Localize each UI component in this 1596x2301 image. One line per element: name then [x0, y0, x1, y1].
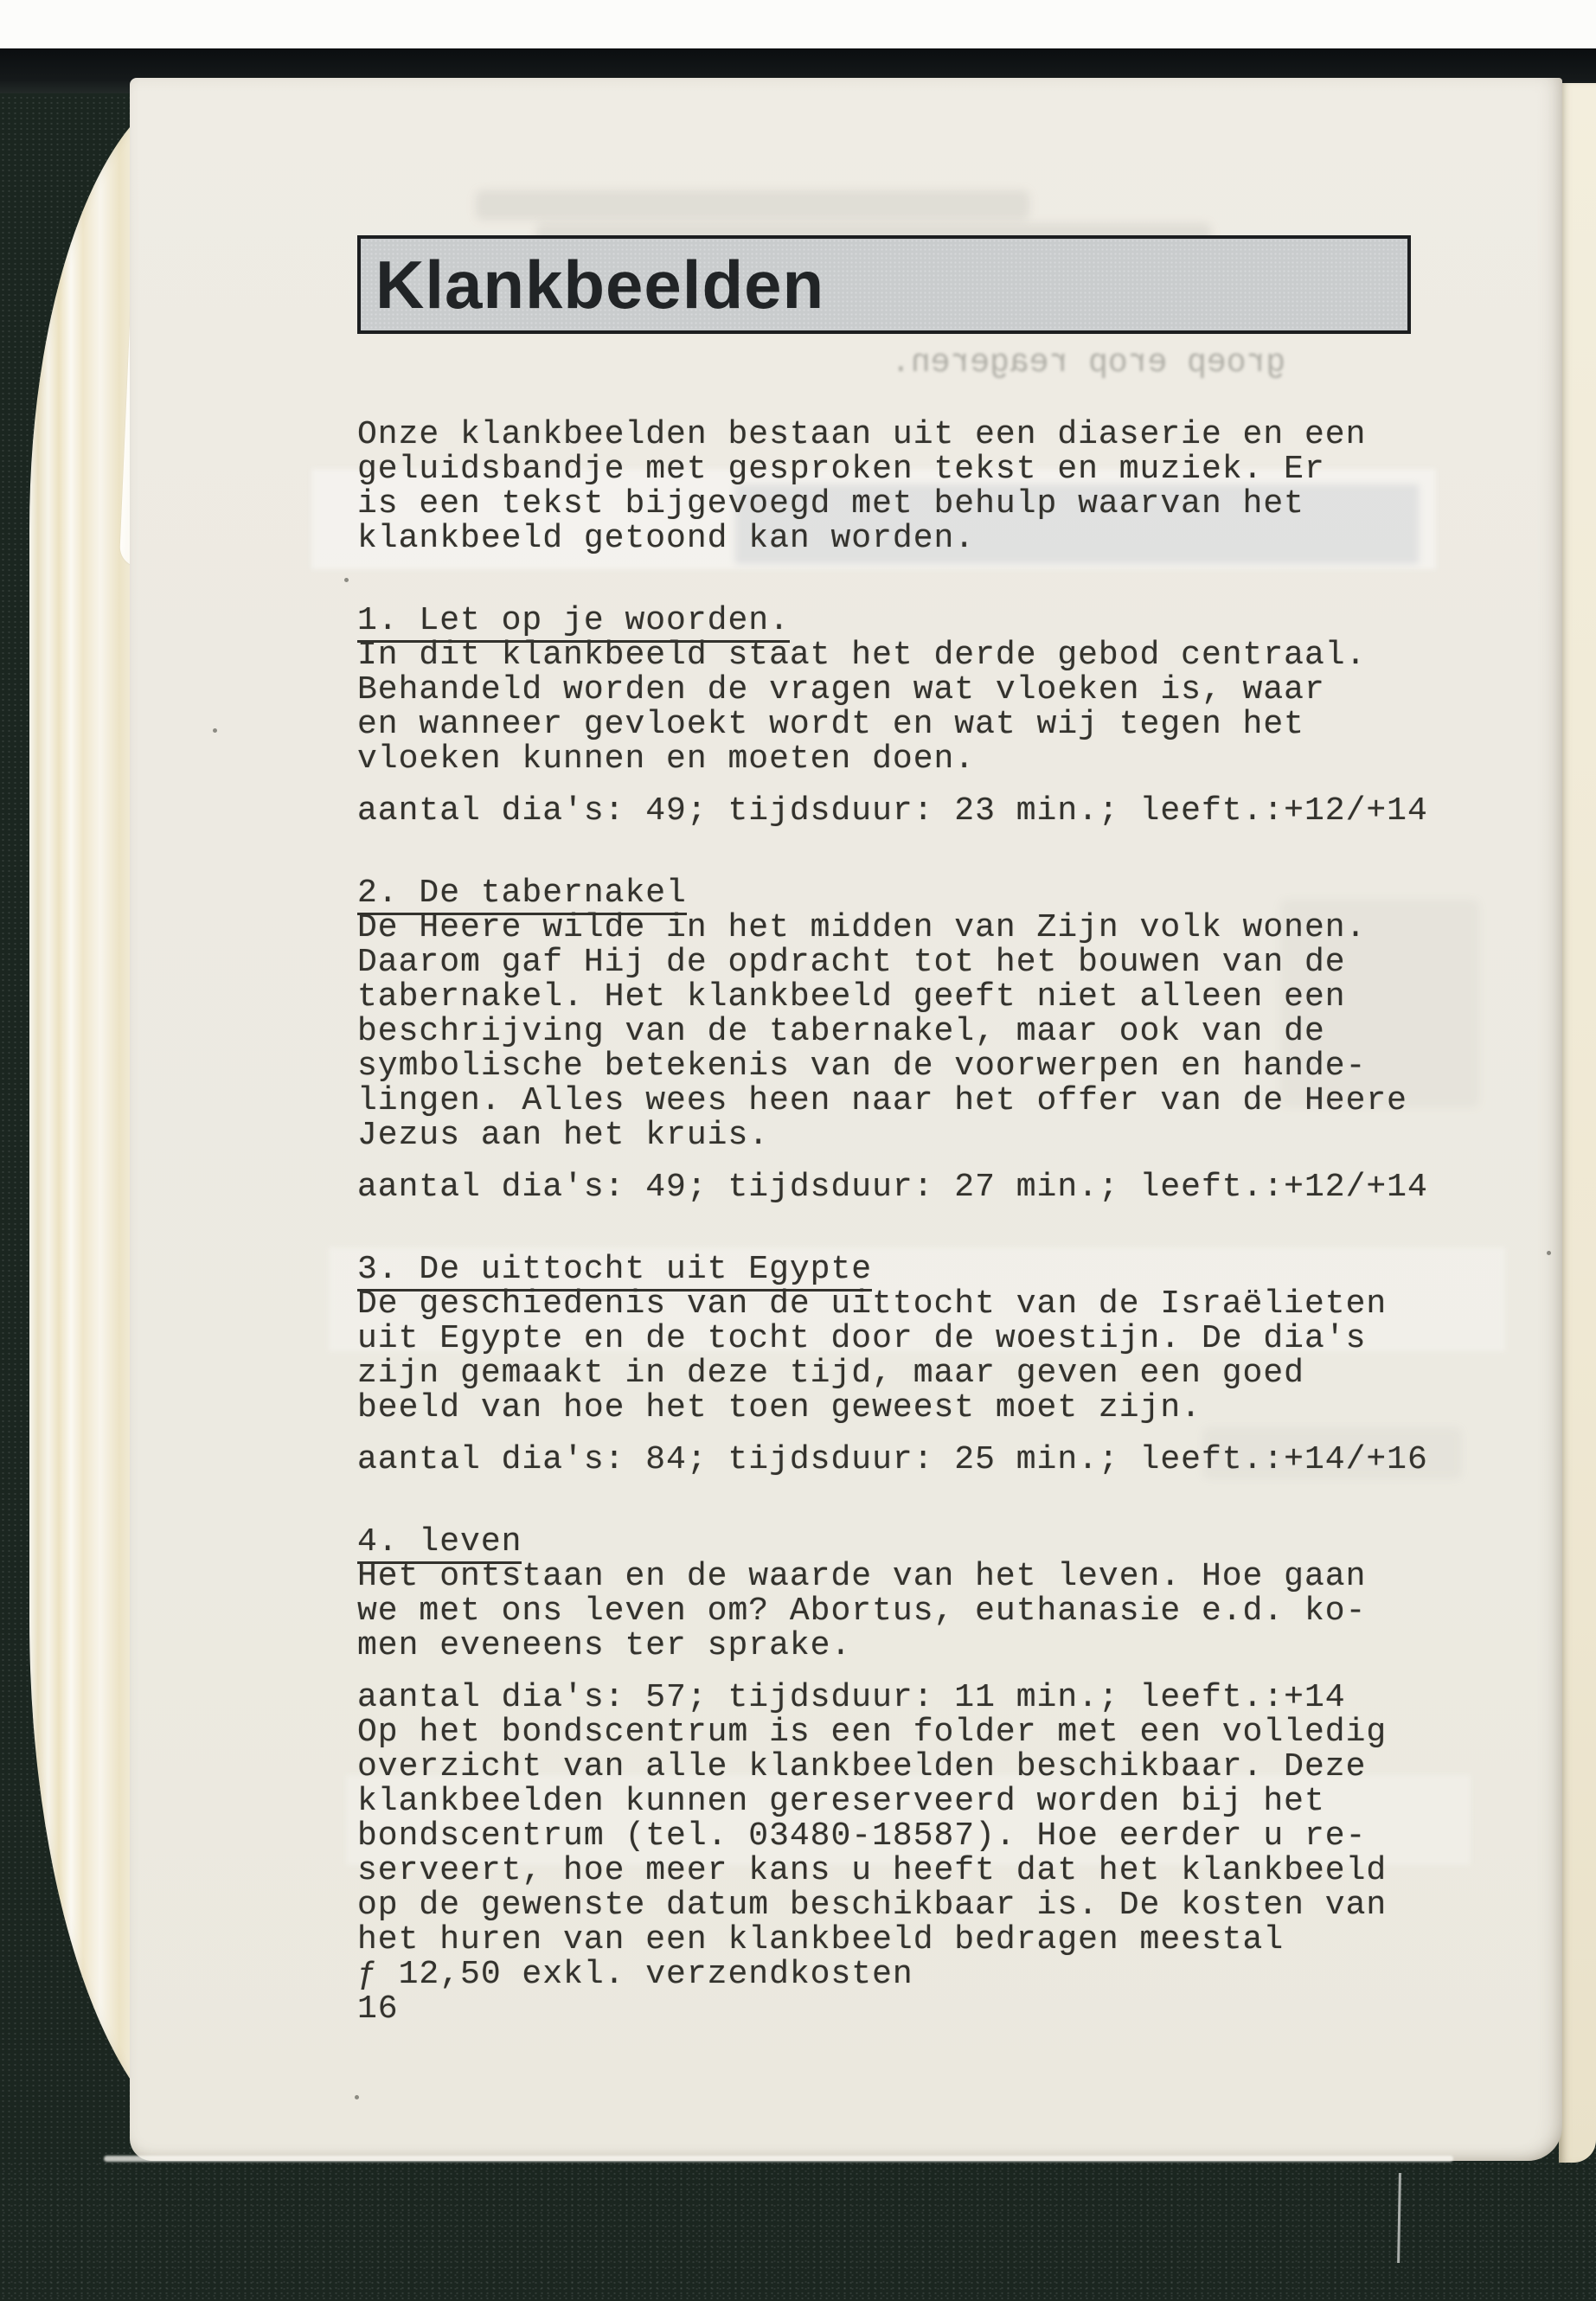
section-4-body: Het ontstaan en de waarde van het leven.… [357, 1560, 1508, 1663]
section-3: 3. De uittocht uit Egypte De geschiedeni… [357, 1253, 1508, 1477]
section-1-meta: aantal dia's: 49; tijdsduur: 23 min.; le… [357, 794, 1508, 829]
page-bottom-edge-highlight [104, 2156, 1453, 2162]
book-scan: groep erop reageren. Klankbeelden Onze k… [0, 0, 1596, 2301]
section-3-meta: aantal dia's: 84; tijdsduur: 25 min.; le… [357, 1443, 1508, 1477]
paper-speck [213, 728, 217, 733]
section-1: 1. Let op je woorden. In dit klankbeeld … [357, 604, 1508, 829]
book-page: groep erop reageren. Klankbeelden Onze k… [130, 78, 1562, 2161]
section-2: 2. De tabernakel De Heere wilde in het m… [357, 876, 1508, 1205]
title-box: Klankbeelden [357, 235, 1411, 334]
page-number: 16 [357, 1992, 1508, 2027]
paper-speck [1547, 1251, 1551, 1255]
outro-paragraph: Op het bondscentrum is een folder met ee… [357, 1715, 1508, 1992]
section-4-heading: 4. leven [357, 1525, 1508, 1560]
section-4-meta: aantal dia's: 57; tijdsduur: 11 min.; le… [357, 1681, 1508, 1715]
page-title: Klankbeelden [375, 246, 824, 324]
section-3-body: De geschiedenis van de uittocht van de I… [357, 1287, 1508, 1426]
right-fore-edge [1559, 83, 1596, 2163]
bleed-through-text: groep erop reageren. [891, 344, 1285, 381]
cover-bottom-edge [0, 2161, 1596, 2301]
section-1-body: In dit klankbeeld staat het derde gebod … [357, 638, 1508, 777]
section-3-heading: 3. De uittocht uit Egypte [357, 1253, 1508, 1287]
paper-speck [355, 2095, 359, 2099]
intro-paragraph: Onze klankbeelden bestaan uit een diaser… [357, 418, 1508, 556]
section-1-heading: 1. Let op je woorden. [357, 604, 1508, 638]
section-2-heading: 2. De tabernakel [357, 876, 1508, 911]
bleed-through-smudge [476, 190, 1029, 220]
section-4: 4. leven Het ontstaan en de waarde van h… [357, 1525, 1508, 1715]
paper-speck [344, 578, 349, 582]
scanner-background [0, 0, 1596, 48]
section-2-meta: aantal dia's: 49; tijdsduur: 27 min.; le… [357, 1170, 1508, 1205]
section-2-body: De Heere wilde in het midden van Zijn vo… [357, 911, 1508, 1153]
page-content: Onze klankbeelden bestaan uit een diaser… [357, 418, 1508, 2027]
